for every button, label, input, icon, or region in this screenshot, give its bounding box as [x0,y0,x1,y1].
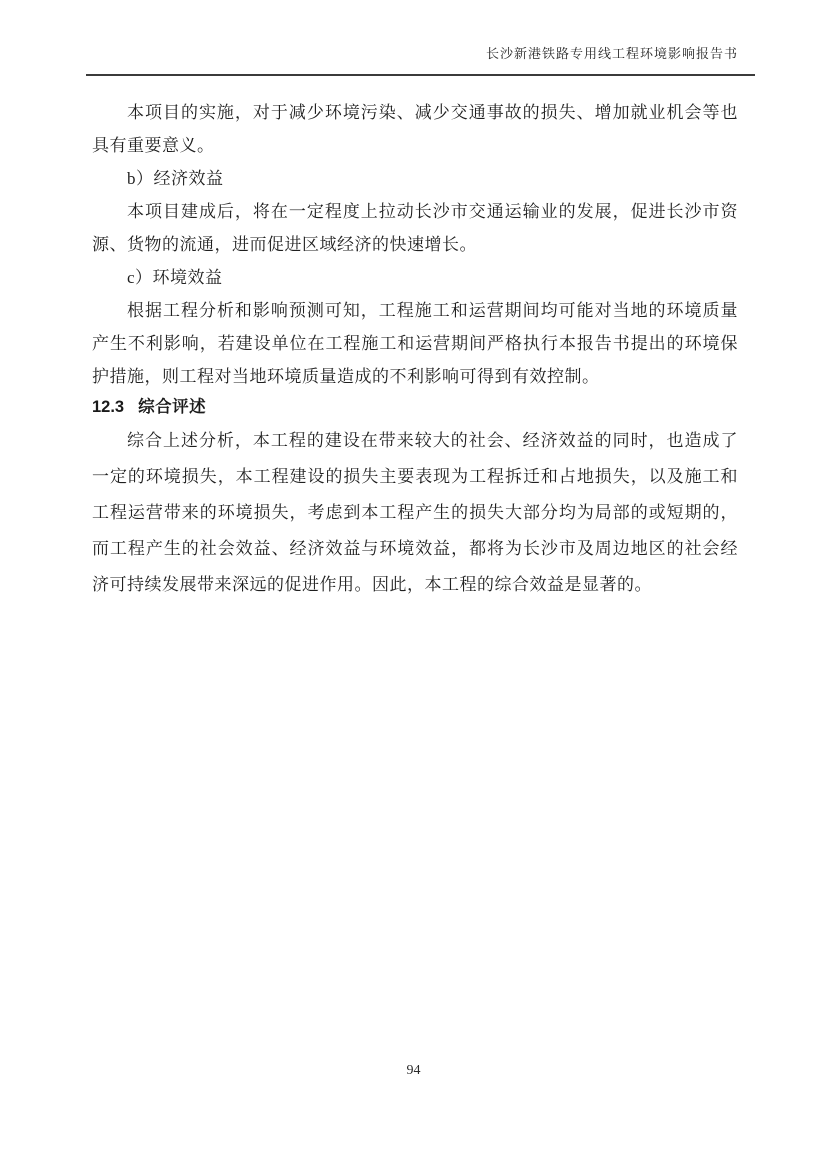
page-content: 本项目的实施，对于减少环境污染、减少交通事故的损失、增加就业机会等也具有重要意义… [92,96,738,603]
section-title: 综合评述 [138,398,206,416]
paragraph-economic-benefit: 本项目建成后，将在一定程度上拉动长沙市交通运输业的发展，促进长沙市资源、货物的流… [92,195,738,261]
page-header: 长沙新港铁路专用线工程环境影响报告书 [92,44,738,64]
header-rule [86,74,755,76]
page-number: 94 [407,1063,421,1078]
document-page: 长沙新港铁路专用线工程环境影响报告书 本项目的实施，对于减少环境污染、减少交通事… [0,0,827,1169]
section-heading: 12.3综合评述 [92,393,738,421]
paragraph-social-benefit: 本项目的实施，对于减少环境污染、减少交通事故的损失、增加就业机会等也具有重要意义… [92,96,738,162]
page-footer: 94 [0,1063,827,1079]
list-item-b-economic-benefit: b）经济效益 [92,162,738,195]
list-item-c-environmental-benefit: c）环境效益 [92,261,738,294]
section-number: 12.3 [92,398,124,416]
paragraph-overall-review: 综合上述分析，本工程的建设在带来较大的社会、经济效益的同时，也造成了一定的环境损… [92,421,738,603]
paragraph-environmental-benefit: 根据工程分析和影响预测可知，工程施工和运营期间均可能对当地的环境质量产生不利影响… [92,294,738,393]
running-title: 长沙新港铁路专用线工程环境影响报告书 [486,46,738,61]
